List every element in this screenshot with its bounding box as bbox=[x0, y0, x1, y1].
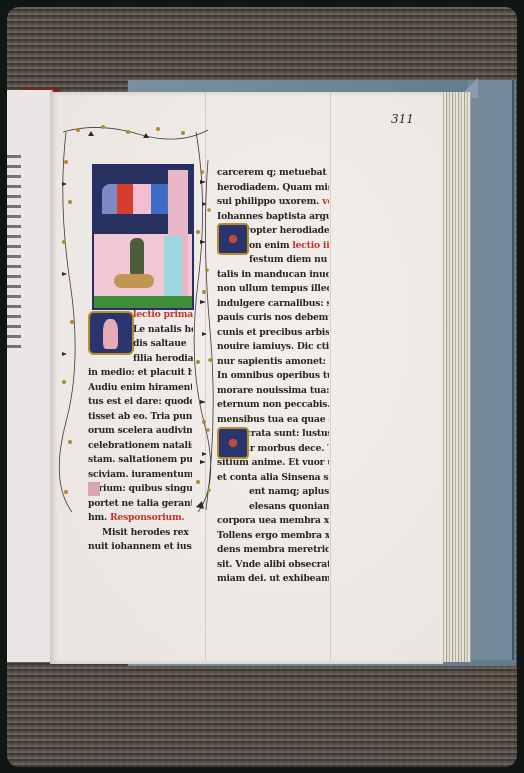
fallen-figure bbox=[114, 274, 154, 288]
text-line: Audiu enim hiramento pollici bbox=[88, 381, 192, 396]
left-column-top: lectio prima Le natalis hero dis saltaue… bbox=[133, 308, 193, 366]
page-edges bbox=[441, 92, 471, 662]
text-line: nuit iohannem et iussit eum in bbox=[88, 540, 192, 555]
rubric: Responsorium. bbox=[110, 512, 185, 523]
text-line: Iohannes baptista arguebat il bbox=[217, 210, 329, 225]
text-line: sciviam. iuramentum regis teme bbox=[88, 468, 192, 483]
text-line: festum diem nu na bbox=[217, 253, 329, 268]
initial-m bbox=[88, 482, 100, 496]
text-line: et conta alia Sinsena signata. bbox=[217, 472, 329, 483]
text-line: cunis et precibus arbis pre bbox=[217, 326, 329, 341]
text-line: filia herodiadis bbox=[133, 352, 193, 367]
text-line: Tollens ergo membra xpi fa bbox=[217, 529, 329, 544]
text-line: nur sapientis amonet: dicens. bbox=[217, 355, 329, 370]
rubric: versus bbox=[322, 196, 329, 207]
text-line: Misit herodes rex magnus ac et bbox=[102, 527, 192, 538]
text-line: dens membra meretricis: ab bbox=[217, 543, 329, 558]
text-line: nouire iamiuys. Dic ctiam bbox=[217, 340, 329, 355]
text-line: in medio: et placuit herodi. bbox=[88, 366, 192, 381]
rubric: lectio prima bbox=[133, 308, 193, 323]
decorated-initial-n bbox=[217, 223, 249, 255]
text-line: morare nouissima tua: et in bbox=[217, 384, 329, 399]
text-line: Le natalis hero bbox=[133, 323, 193, 338]
text-line: dis saltaue bbox=[133, 337, 193, 352]
text-line: tus est ei dare: quodcumq; pe bbox=[88, 395, 192, 410]
text-line: non ullum tempus illecebris bbox=[217, 282, 329, 297]
ruling-line bbox=[330, 92, 331, 662]
text-line: indulgere carnalibus: sed di bbox=[217, 297, 329, 312]
text-line: ent namq; aplus. bbox=[249, 486, 329, 497]
miniature-illustration bbox=[92, 164, 194, 310]
text-line: orum scelera audivimus. Et bbox=[88, 424, 192, 439]
executioner-figure bbox=[130, 238, 144, 278]
text-line: miam dei. ut exhibeamus bbox=[217, 572, 329, 587]
miniature-ground bbox=[94, 296, 192, 308]
historiated-initial-d bbox=[88, 311, 134, 355]
left-column-body: in medio: et placuit herodi. Audiu enim … bbox=[88, 366, 192, 555]
decorated-initial-d bbox=[217, 427, 249, 459]
text-line: eternum non peccabis. Sed nec bbox=[217, 398, 329, 413]
text-line: In omnibus operibus tuis me bbox=[217, 369, 329, 384]
text-line: elesans quoniam bbox=[217, 500, 329, 515]
ruling-line bbox=[205, 92, 206, 662]
rubric: Tu bbox=[327, 443, 329, 454]
rubric: lectio ii bbox=[292, 240, 329, 251]
text-line: mensibus tua ea quae siam domino bbox=[217, 413, 329, 428]
text-line: hm. bbox=[88, 512, 107, 523]
left-page-text-fragment bbox=[7, 155, 21, 355]
text-line: talis in manducan inuocare bbox=[217, 268, 329, 283]
cover-flap bbox=[468, 80, 514, 660]
text-line: sit. Vnde alibi obsecrat per bbox=[217, 558, 329, 573]
castle-tower-blue bbox=[164, 236, 182, 302]
text-line: pauis curis nos debemus la bbox=[217, 311, 329, 326]
text-line: rarium: quibus singulis o bbox=[88, 482, 192, 497]
text-line: on enim bbox=[249, 240, 289, 251]
text-line: corpora uea membra xpi sunt. bbox=[217, 514, 329, 529]
text-line: sui philippo uxorem. bbox=[217, 196, 319, 207]
folio-number: 311 bbox=[391, 112, 414, 126]
text-line: carcerem q; metuebat eum propter bbox=[217, 166, 329, 181]
text-line: stam. saltationem puelle la bbox=[88, 453, 192, 468]
text-line: portet ne talia gerantur m bbox=[88, 497, 192, 512]
text-line: tisset ab eo. Tria puncte impi bbox=[88, 410, 192, 425]
text-line: celebrationem natalis infau bbox=[88, 439, 192, 454]
text-line: herodiadem. Quam miserat fratri bbox=[217, 181, 329, 196]
